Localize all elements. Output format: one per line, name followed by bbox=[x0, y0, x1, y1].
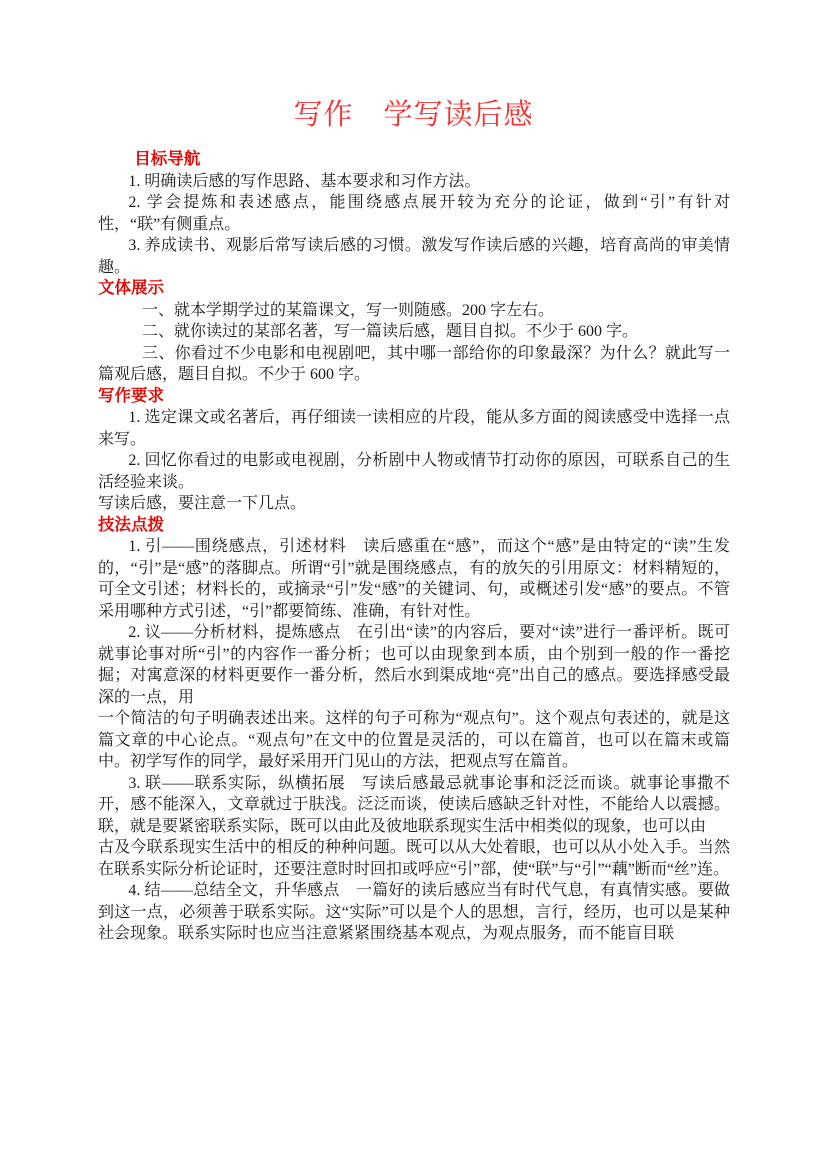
document-title: 写作 学写读后感 bbox=[0, 99, 827, 132]
body-paragraph: 一个简洁的句子明确表述出来。这样的句子可称为“观点句”。这个观点句表述的，就是这… bbox=[98, 708, 730, 773]
body-paragraph: 二、就你读过的某部名著，写一篇读后感，题目自拟。不少于 600 字。 bbox=[98, 321, 730, 343]
body-paragraph: 1. 选定课文或名著后，再仔细读一读相应的片段，能从多方面的阅读感受中选择一点来… bbox=[98, 407, 730, 450]
document-body: 目标导航1. 明确读后感的写作思路、基本要求和习作方法。2. 学会提炼和表述感点… bbox=[0, 149, 827, 945]
section-heading: 目标导航 bbox=[98, 149, 730, 171]
section-heading: 写作要求 bbox=[98, 386, 730, 408]
body-paragraph: 2. 回忆你看过的电影或电视剧，分析剧中人物或情节打动你的原因，可联系自己的生活… bbox=[98, 450, 730, 493]
body-paragraph: 1. 引——围绕感点，引述材料 读后感重在“感”，而这个“感”是由特定的“读”生… bbox=[98, 536, 730, 622]
body-paragraph: 一、就本学期学过的某篇课文，写一则随感。200 字左右。 bbox=[98, 300, 730, 322]
body-paragraph: 三、你看过不少电影和电视剧吧，其中哪一部给你的印象最深？为什么？就此写一篇观后感… bbox=[98, 343, 730, 386]
body-paragraph: 4. 结——总结全文，升华感点 一篇好的读后感应当有时代气息，有真情实感。要做到… bbox=[98, 880, 730, 945]
body-paragraph: 3. 联——联系实际，纵横拓展 写读后感最忌就事论事和泛泛而谈。就事论事撒不开，… bbox=[98, 773, 730, 838]
section-heading: 技法点拨 bbox=[98, 515, 730, 537]
body-paragraph: 3. 养成读书、观影后常写读后感的习惯。激发写作读后感的兴趣，培育高尚的审美情趣… bbox=[98, 235, 730, 278]
body-paragraph: 1. 明确读后感的写作思路、基本要求和习作方法。 bbox=[98, 171, 730, 193]
body-paragraph: 2. 学会提炼和表述感点，能围绕感点展开较为充分的论证，做到“引”有针对性，“联… bbox=[98, 192, 730, 235]
body-paragraph: 写读后感，要注意一下几点。 bbox=[98, 493, 730, 515]
body-paragraph: 2. 议——分析材料，提炼感点 在引出“读”的内容后，要对“读”进行一番评析。既… bbox=[98, 622, 730, 708]
body-paragraph: 古及今联系现实生活中的相反的种种问题。既可以从大处着眼，也可以从小处入手。当然在… bbox=[98, 837, 730, 880]
document-page: 写作 学写读后感 目标导航1. 明确读后感的写作思路、基本要求和习作方法。2. … bbox=[0, 0, 827, 1169]
section-heading: 文体展示 bbox=[98, 278, 730, 300]
